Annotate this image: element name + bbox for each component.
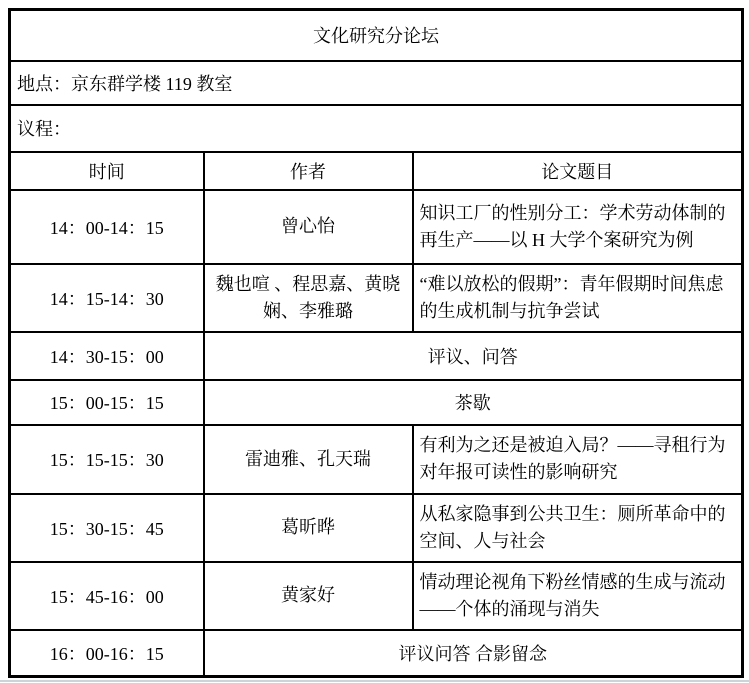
agenda-label: 议程： bbox=[10, 105, 743, 152]
document-page: 文化研究分论坛 地点：京东群学楼 119 教室 议程： 时间 作者 论文题目 1… bbox=[0, 0, 749, 683]
table-header-row: 时间 作者 论文题目 bbox=[10, 152, 743, 190]
time-cell: 14：15-14：30 bbox=[10, 264, 204, 332]
location-row: 地点：京东群学楼 119 教室 bbox=[10, 61, 743, 105]
schedule-row: 15：45-16：00黄家好情动理论视角下粉丝情感的生成与流动——个体的涌现与消… bbox=[10, 562, 743, 630]
paper-title-cell: 知识工厂的性别分工：学术劳动体制的再生产——以 H 大学个案研究为例 bbox=[413, 190, 743, 264]
author-cell: 雷迪雅、孔天瑞 bbox=[204, 425, 413, 494]
schedule-row: 16：00-16：15评议问答 合影留念 bbox=[10, 630, 743, 677]
forum-title: 文化研究分论坛 bbox=[10, 10, 743, 61]
column-header-time: 时间 bbox=[10, 152, 204, 190]
agenda-row: 议程： bbox=[10, 105, 743, 152]
paper-title-cell: 从私家隐事到公共卫生：厕所革命中的空间、人与社会 bbox=[413, 494, 743, 562]
time-cell: 15：30-15：45 bbox=[10, 494, 204, 562]
page-bottom-edge bbox=[0, 680, 749, 682]
author-cell: 葛昕晔 bbox=[204, 494, 413, 562]
time-cell: 15：45-16：00 bbox=[10, 562, 204, 630]
session-activity-cell: 评议问答 合影留念 bbox=[204, 630, 743, 677]
session-activity-cell: 茶歇 bbox=[204, 380, 743, 425]
time-cell: 15：00-15：15 bbox=[10, 380, 204, 425]
schedule-row: 15：00-15：15茶歇 bbox=[10, 380, 743, 425]
paper-title-cell: 情动理论视角下粉丝情感的生成与流动——个体的涌现与消失 bbox=[413, 562, 743, 630]
author-cell: 黄家好 bbox=[204, 562, 413, 630]
time-cell: 15：15-15：30 bbox=[10, 425, 204, 494]
schedule-row: 15：15-15：30雷迪雅、孔天瑞有利为之还是被迫入局？——寻租行为对年报可读… bbox=[10, 425, 743, 494]
column-header-paper-title: 论文题目 bbox=[413, 152, 743, 190]
schedule-row: 15：30-15：45葛昕晔从私家隐事到公共卫生：厕所革命中的空间、人与社会 bbox=[10, 494, 743, 562]
location-line: 地点：京东群学楼 119 教室 bbox=[10, 61, 743, 105]
time-cell: 14：30-15：00 bbox=[10, 332, 204, 380]
author-cell: 曾心怡 bbox=[204, 190, 413, 264]
time-cell: 14：00-14：15 bbox=[10, 190, 204, 264]
paper-title-cell: 有利为之还是被迫入局？——寻租行为对年报可读性的影响研究 bbox=[413, 425, 743, 494]
paper-title-cell: “难以放松的假期”：青年假期时间焦虑的生成机制与抗争尝试 bbox=[413, 264, 743, 332]
column-header-author: 作者 bbox=[204, 152, 413, 190]
schedule-row: 14：15-14：30魏也喧 、程思嘉、黄晓娴、李雅璐“难以放松的假期”：青年假… bbox=[10, 264, 743, 332]
time-cell: 16：00-16：15 bbox=[10, 630, 204, 677]
schedule-table: 文化研究分论坛 地点：京东群学楼 119 教室 议程： 时间 作者 论文题目 1… bbox=[8, 8, 744, 678]
forum-title-row: 文化研究分论坛 bbox=[10, 10, 743, 61]
session-activity-cell: 评议、问答 bbox=[204, 332, 743, 380]
schedule-row: 14：30-15：00评议、问答 bbox=[10, 332, 743, 380]
author-cell: 魏也喧 、程思嘉、黄晓娴、李雅璐 bbox=[204, 264, 413, 332]
schedule-row: 14：00-14：15曾心怡知识工厂的性别分工：学术劳动体制的再生产——以 H … bbox=[10, 190, 743, 264]
